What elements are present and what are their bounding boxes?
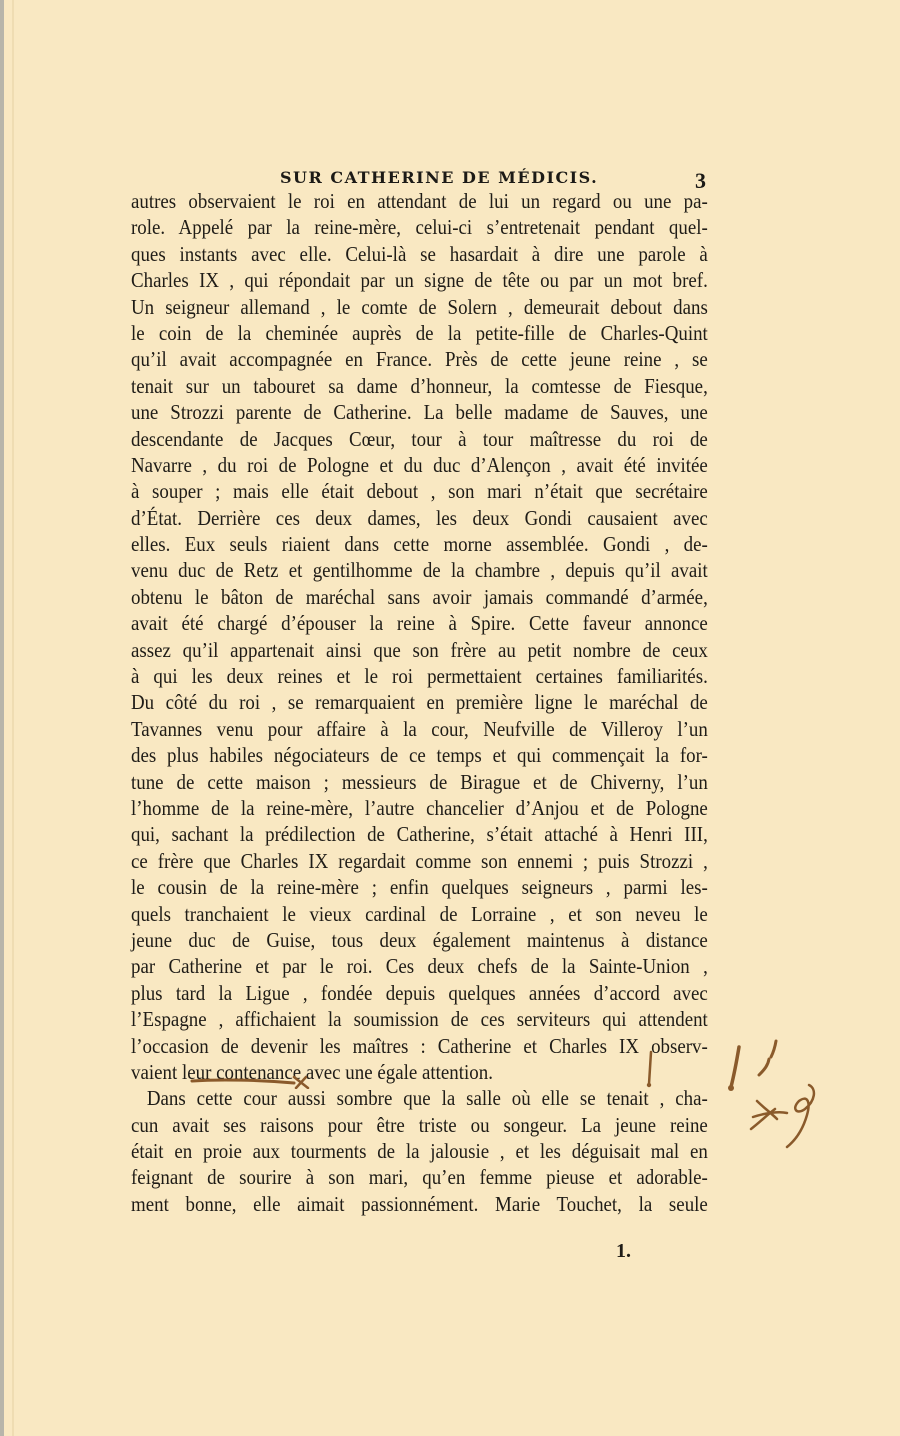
text-line: Tavannes venu pour affaire à la cour, Ne… — [131, 716, 708, 742]
text-line: qui, sachant la prédilection de Catherin… — [131, 821, 708, 847]
text-line: tune de cette maison ; messieurs de Bira… — [131, 769, 708, 795]
text-line: ques instants avec elle. Celui-là se has… — [131, 241, 708, 267]
text-line: l’occasion de devenir les maîtres : Cath… — [131, 1033, 708, 1059]
text-line: une Strozzi parente de Catherine. La bel… — [131, 399, 708, 425]
text-line: tenait sur un tabouret sa dame d’honneur… — [131, 373, 708, 399]
page-edge-fold — [12, 0, 14, 1436]
text-line: Un seigneur allemand , le comte de Soler… — [131, 294, 708, 320]
text-line: ce frère que Charles IX regardait comme … — [131, 848, 708, 874]
text-line: jeune duc de Guise, tous deux également … — [131, 927, 708, 953]
text-line: était en proie aux tourments de la jalou… — [131, 1138, 708, 1164]
text-line: autres observaient le roi en attendant d… — [131, 188, 708, 214]
text-line: ment bonne, elle aimait passionnément. M… — [131, 1191, 708, 1217]
text-line: Charles IX , qui répondait par un signe … — [131, 267, 708, 293]
text-line: descendante de Jacques Cœur, tour à tour… — [131, 426, 708, 452]
text-line: le coin de la cheminée auprès de la peti… — [131, 320, 708, 346]
handwritten-margin-note-icon — [725, 1035, 835, 1155]
text-line: l’homme de la reine-mère, l’autre chance… — [131, 795, 708, 821]
text-line: par Catherine et par le roi. Ces deux ch… — [131, 953, 708, 979]
signature-mark: 1. — [616, 1240, 631, 1263]
page-edge-shadow — [0, 0, 4, 1436]
text-line: feignant de sourire à son mari, qu’en fe… — [131, 1164, 708, 1190]
text-line: à souper ; mais elle était debout , son … — [131, 478, 708, 504]
running-head: SUR CATHERINE DE MÉDICIS. — [280, 168, 598, 187]
text-line: qu’il avait accompagnée en France. Près … — [131, 346, 708, 372]
text-line: avait été chargé d’épouser la reine à Sp… — [131, 610, 708, 636]
body-text: autres observaient le roi en attendant d… — [131, 188, 708, 1217]
text-line: d’État. Derrière ces deux dames, les deu… — [131, 505, 708, 531]
text-line: à qui les deux reines et le roi permetta… — [131, 663, 708, 689]
text-line: plus tard la Ligue , fondée depuis quelq… — [131, 980, 708, 1006]
text-line: le cousin de la reine-mère ; enfin quelq… — [131, 874, 708, 900]
text-line: l’Espagne , affichaient la soumission de… — [131, 1006, 708, 1032]
text-line: role. Appelé par la reine-mère, celui-ci… — [131, 214, 708, 240]
insertion-caret-icon — [646, 1050, 654, 1090]
text-line: assez qu’il appartenait ainsi que son fr… — [131, 637, 708, 663]
text-line: cun avait ses raisons pour être triste o… — [131, 1112, 708, 1138]
text-line: des plus habiles négociateurs de ce temp… — [131, 742, 708, 768]
text-line: Du côté du roi , se remarquaient en prem… — [131, 689, 708, 715]
strikethrough-mark-icon — [190, 1075, 318, 1089]
text-line: Navarre , du roi de Pologne et du duc d’… — [131, 452, 708, 478]
text-line: quels tranchaient le vieux cardinal de L… — [131, 901, 708, 927]
text-line: elles. Eux seuls riaient dans cette morn… — [131, 531, 708, 557]
text-line: obtenu le bâton de maréchal sans avoir j… — [131, 584, 708, 610]
text-line: venu duc de Retz et gentilhomme de la ch… — [131, 557, 708, 583]
book-page: SUR CATHERINE DE MÉDICIS. 3 autres obser… — [0, 0, 900, 1436]
paragraph-start-line: Dans cette cour aussi sombre que la sall… — [131, 1085, 708, 1111]
